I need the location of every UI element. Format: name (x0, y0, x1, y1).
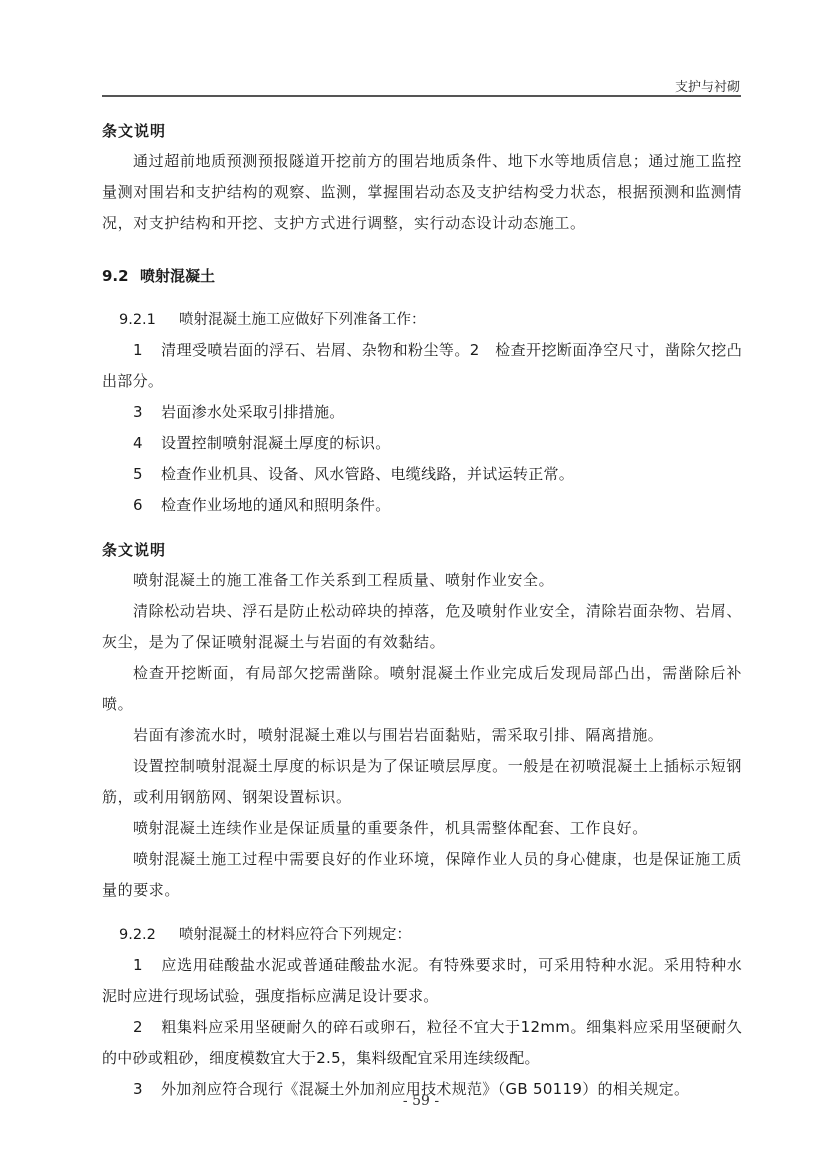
item-number: 3 (133, 397, 161, 428)
item-number: 1 (133, 335, 161, 366)
clause-item: 5检查作业机具、设备、风水管路、电缆线路，并试运转正常。 (102, 459, 742, 490)
note-paragraph: 岩面有渗流水时，喷射混凝土难以与围岩岩面黏贴，需采取引排、隔离措施。 (102, 720, 742, 751)
document-page: 支护与衬砌 条文说明 通过超前地质预测预报隧道开挖前方的围岩地质条件、地下水等地… (0, 0, 826, 1169)
note-paragraph: 喷射混凝土的施工准备工作关系到工程质量、喷射作业安全。 (102, 565, 742, 596)
clause-item: 3岩面渗水处采取引排措施。 (102, 397, 742, 428)
clause-9-2-1: 9.2.1喷射混凝土施工应做好下列准备工作： 1清理受喷岩面的浮石、岩屑、杂物和… (102, 305, 742, 521)
clause-item: 6检查作业场地的通风和照明条件。 (102, 490, 742, 521)
item-text: 岩面渗水处采取引排措施。 (161, 403, 345, 421)
clause-heading: 9.2.2喷射混凝土的材料应符合下列规定： (102, 920, 742, 950)
note-paragraph: 检查开挖断面，有局部欠挖需凿除。喷射混凝土作业完成后发现局部凸出，需凿除后补喷。 (102, 658, 742, 720)
note-heading: 条文说明 (102, 116, 742, 146)
note-paragraph: 喷射混凝土连续作业是保证质量的重要条件，机具需整体配套、工作良好。 (102, 813, 742, 844)
clause-item: 4设置控制喷射混凝土厚度的标识。 (102, 428, 742, 459)
item-text: 检查作业场地的通风和照明条件。 (161, 496, 391, 514)
header-rule (102, 95, 741, 97)
item-number: 6 (133, 490, 161, 521)
clause-9-2-2: 9.2.2喷射混凝土的材料应符合下列规定： 1应选用硅酸盐水泥或普通硅酸盐水泥。… (102, 920, 742, 1105)
note-paragraph: 通过超前地质预测预报隧道开挖前方的围岩地质条件、地下水等地质信息；通过施工监控量… (102, 146, 742, 239)
section-heading: 9.2喷射混凝土 (102, 261, 742, 291)
note-paragraph: 清除松动岩块、浮石是防止松动碎块的掉落，危及喷射作业安全，清除岩面杂物、岩屑、灰… (102, 596, 742, 658)
clause-item: 1清理受喷岩面的浮石、岩屑、杂物和粉尘等。2 检查开挖断面净空尺寸，凿除欠挖凸出… (102, 335, 742, 397)
page-number: - 59 - (0, 1093, 826, 1109)
clause-text: 喷射混凝土的材料应符合下列规定： (179, 927, 411, 943)
clause-number: 9.2.2 (119, 920, 179, 950)
explanatory-note-1: 条文说明 通过超前地质预测预报隧道开挖前方的围岩地质条件、地下水等地质信息；通过… (102, 116, 742, 239)
item-number: 5 (133, 459, 161, 490)
section-number: 9.2 (102, 261, 140, 291)
note-heading: 条文说明 (102, 535, 742, 565)
clause-heading: 9.2.1喷射混凝土施工应做好下列准备工作： (102, 305, 742, 335)
item-text: 设置控制喷射混凝土厚度的标识。 (161, 434, 391, 452)
item-text: 应选用硅酸盐水泥或普通硅酸盐水泥。有特殊要求时，可采用特种水泥。采用特种水泥时应… (102, 956, 742, 1005)
clause-number: 9.2.1 (119, 305, 179, 335)
clause-item: 2粗集料应采用坚硬耐久的碎石或卵石，粒径不宜大于12mm。细集料应采用坚硬耐久的… (102, 1012, 742, 1074)
page-content: 条文说明 通过超前地质预测预报隧道开挖前方的围岩地质条件、地下水等地质信息；通过… (102, 116, 742, 1105)
item-text: 粗集料应采用坚硬耐久的碎石或卵石，粒径不宜大于12mm。细集料应采用坚硬耐久的中… (102, 1018, 742, 1067)
item-number: 4 (133, 428, 161, 459)
note-paragraph: 喷射混凝土施工过程中需要良好的作业环境，保障作业人员的身心健康，也是保证施工质量… (102, 844, 742, 906)
note-paragraph: 设置控制喷射混凝土厚度的标识是为了保证喷层厚度。一般是在初喷混凝土上插标示短钢筋… (102, 751, 742, 813)
item-number: 2 (133, 1012, 161, 1043)
item-number: 1 (133, 950, 161, 981)
clause-item: 1应选用硅酸盐水泥或普通硅酸盐水泥。有特殊要求时，可采用特种水泥。采用特种水泥时… (102, 950, 742, 1012)
section-title: 喷射混凝土 (140, 267, 215, 285)
running-header: 支护与衬砌 (675, 76, 740, 95)
explanatory-note-2: 条文说明 喷射混凝土的施工准备工作关系到工程质量、喷射作业安全。 清除松动岩块、… (102, 535, 742, 906)
clause-text: 喷射混凝土施工应做好下列准备工作： (179, 312, 426, 328)
item-text: 检查作业机具、设备、风水管路、电缆线路，并试运转正常。 (161, 465, 574, 483)
item-text: 清理受喷岩面的浮石、岩屑、杂物和粉尘等。2 检查开挖断面净空尺寸，凿除欠挖凸出部… (102, 341, 742, 390)
